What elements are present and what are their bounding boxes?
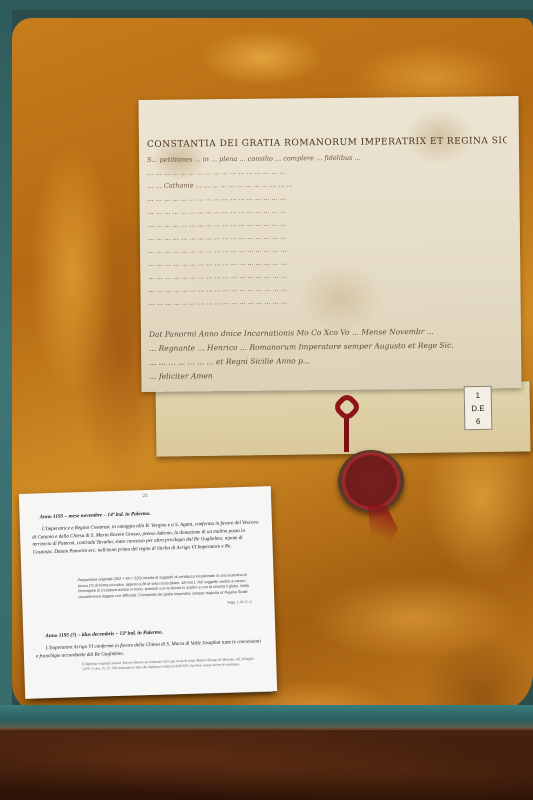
entry1-note: Pergamena originale (352 × 60 × 320) mun… [78, 573, 259, 601]
display-case-photo: CONSTANTIA DEI GRATIA ROMANORUM IMPERATR… [0, 0, 533, 800]
entry1-signature: Segn. 1.43. E. 6. [227, 600, 252, 605]
parchment-line: ... ... ... ... ... ... ... ... ... ... … [147, 165, 511, 178]
wooden-cabinet-base [0, 730, 533, 800]
parchment-line: ... ... ... ... ... ... ... ... ... ... … [148, 230, 512, 243]
parchment-closing-line: ... ... ... ... ... ... ... et Regni Sic… [149, 354, 513, 367]
parchment-closing-line: ... feliciter Amen [149, 368, 513, 381]
entry1-body: L'Imperatrice e Regina Costanza, in omag… [32, 519, 261, 557]
entry2-heading: Anno 1195 (?) – idus decembris – 13ª ind… [45, 630, 163, 640]
entry2-note: Il diploma originale manca. Esiste solta… [82, 656, 262, 672]
entry1-heading: Anno 1195 – mese novembre – 14ª ind. in … [39, 511, 150, 520]
wax-seal-in-case [338, 450, 404, 512]
shelfmark-line: 6 [465, 415, 491, 428]
parchment-closing-line: ... Regnante ... Henrico ... Romanorum I… [149, 340, 513, 353]
parchment-line: ... ... Cathanie ... ... ... ... ... ...… [147, 178, 511, 191]
parchment-line: ... ... ... ... ... ... ... ... ... ... … [148, 217, 512, 230]
parchment-closing-line: Dat Panormi Anno dnice Incarnationis Mo … [149, 326, 513, 339]
parchment-line: ... ... ... ... ... ... ... ... ... ... … [148, 256, 512, 269]
shelfmark-line: D.E [465, 402, 491, 415]
shelfmark-line: 1 [465, 389, 491, 402]
parchment-line: S... petitiones ... in ... plena ... con… [147, 152, 511, 165]
silk-cord [344, 418, 349, 452]
card-page-number: 23 [19, 490, 271, 503]
medieval-parchment-diploma: CONSTANTIA DEI GRATIA ROMANORUM IMPERATR… [138, 96, 521, 392]
descriptive-label-card: 23 Anno 1195 – mese novembre – 14ª ind. … [19, 486, 277, 699]
parchment-line: ... ... ... ... ... ... ... ... ... ... … [147, 191, 511, 204]
parchment-line: ... ... ... ... ... ... ... ... ... ... … [148, 282, 512, 295]
archive-shelfmark-tag: 1 D.E 6 [464, 386, 493, 430]
parchment-line: ... ... ... ... ... ... ... ... ... ... … [148, 204, 512, 217]
parchment-title-line: CONSTANTIA DEI GRATIA ROMANORUM IMPERATR… [147, 136, 507, 150]
parchment-line: ... ... ... ... ... ... ... ... ... ... … [148, 243, 512, 256]
parchment-line: ... ... ... ... ... ... ... ... ... ... … [149, 295, 513, 308]
parchment-line: ... ... ... ... ... ... ... ... ... ... … [148, 269, 512, 282]
frame-bottom-rail [0, 705, 533, 730]
